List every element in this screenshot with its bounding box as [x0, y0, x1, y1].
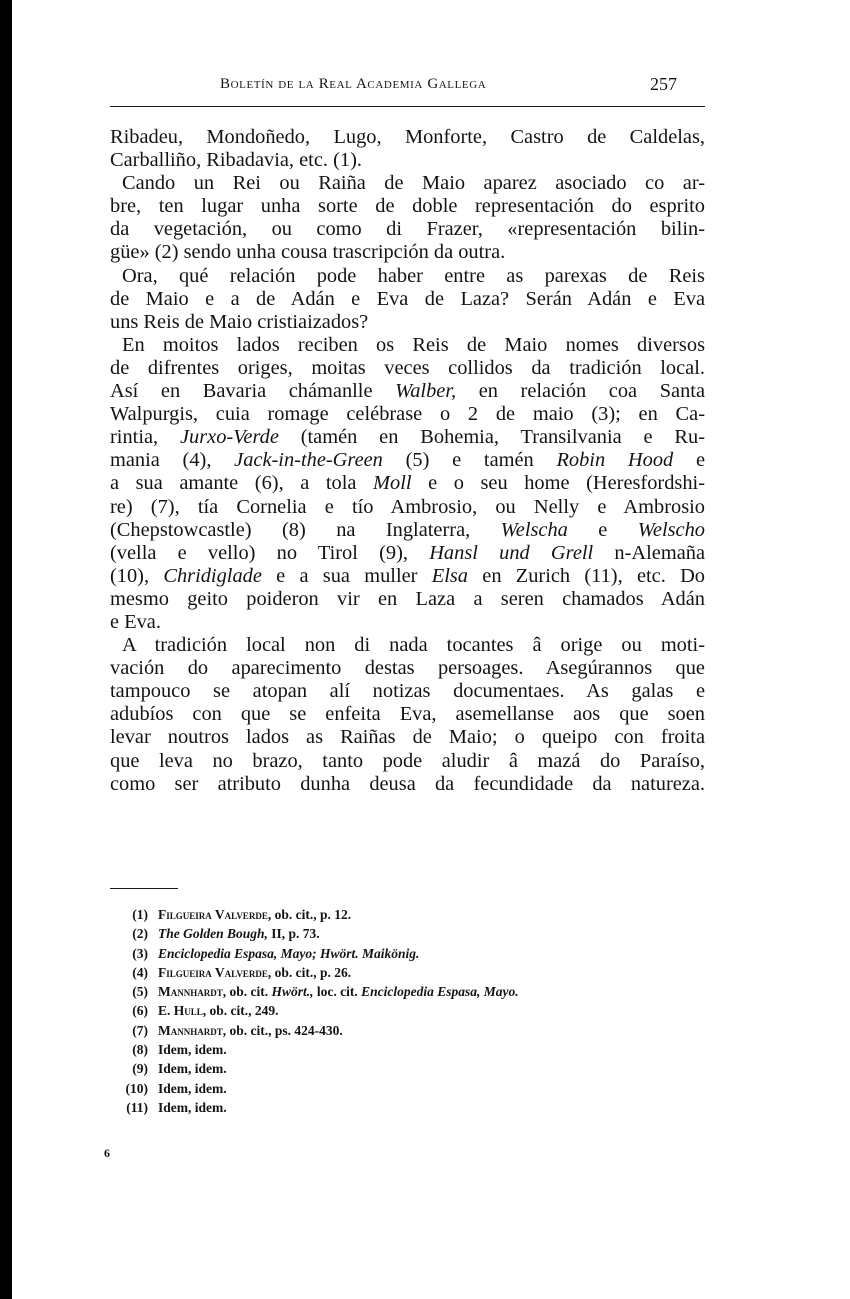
footnote-text: Idem, idem.	[158, 1040, 227, 1059]
text-line: Walpurgis, cuia romage celébrase o 2 de …	[110, 403, 705, 426]
footnote-author: Hull,	[174, 1003, 206, 1018]
scan-dark-edge	[0, 0, 12, 1299]
text-line: En moitos lados reciben os Reis de Maio …	[110, 334, 705, 357]
text-run: (vella e vello) no Tirol (9),	[110, 542, 429, 564]
footnote-author: Mannhardt,	[158, 1023, 226, 1038]
running-head: Boletín de la Real Academia Gallega 257	[110, 76, 705, 100]
footnote-text: The Golden Bough, II, p. 73.	[158, 924, 320, 943]
footnote-title: Hwört.,	[272, 984, 314, 999]
footnote-number: (1)	[110, 905, 158, 924]
page-number: 257	[650, 74, 677, 95]
text-run: en Zurich (11), etc. Do	[468, 565, 705, 587]
footnote-ref: loc. cit.	[314, 984, 362, 999]
text-run: (5) e tamén	[383, 449, 557, 471]
italic-term: Welscho	[638, 519, 705, 541]
footnote-ref: ob. cit., p. 26.	[271, 965, 351, 980]
text-line: uns Reis de Maio cristiaizados?	[110, 311, 705, 334]
text-line: bre, ten lugar unha sorte de doble repre…	[110, 195, 705, 218]
paragraph-4: En moitos lados reciben os Reis de Maio …	[110, 334, 705, 634]
italic-term: Jurxo-Verde	[180, 426, 279, 448]
text-run: e o seu home (Heresfordshi-	[412, 472, 705, 494]
text-line: re) (7), tía Cornelia e tío Ambrosio, ou…	[110, 496, 705, 519]
italic-term: Hansl und Grell	[429, 542, 593, 564]
footnote-ref: ob. cit., p. 12.	[271, 907, 351, 922]
paragraph-5: A tradición local non di nada tocantes â…	[110, 634, 705, 796]
footnote-title: Enciclopedia Espasa, Mayo; Hwört. Maikön…	[158, 946, 419, 961]
header-rule	[110, 106, 705, 107]
footnote-text: E. Hull, ob. cit., 249.	[158, 1001, 279, 1020]
text-line: que leva no brazo, tanto pode aludir â m…	[110, 750, 705, 773]
text-run: en relación coa Santa	[456, 380, 705, 402]
footnote-text: Filgueira Valverde, ob. cit., p. 12.	[158, 905, 351, 924]
footnote-number: (6)	[110, 1001, 158, 1020]
text-line: Carballiño, Ribadavia, etc. (1).	[110, 149, 705, 172]
footnote-text: Enciclopedia Espasa, Mayo; Hwört. Maikön…	[158, 944, 419, 963]
footnote-ref: ob. cit., 249.	[206, 1003, 278, 1018]
running-title: Boletín de la Real Academia Gallega	[220, 76, 486, 93]
text-run: (Chepstowcastle) (8) na Inglaterra,	[110, 519, 501, 541]
text-line: (vella e vello) no Tirol (9), Hansl und …	[110, 542, 705, 565]
text-line: adubíos con que se enfeita Eva, asemella…	[110, 703, 705, 726]
footnote-number: (5)	[110, 982, 158, 1001]
text-run: Así en Bavaria chámanlle	[110, 380, 395, 402]
text-line: güe» (2) sendo unha cousa trascripción d…	[110, 241, 705, 264]
footnote-text: Idem, idem.	[158, 1079, 227, 1098]
text-run: mania (4),	[110, 449, 234, 471]
footnote-separator	[110, 888, 178, 889]
footnote-number: (2)	[110, 924, 158, 943]
text-run: (10),	[110, 565, 163, 587]
italic-term: Chridiglade	[163, 565, 262, 587]
footnote-ref: II, p. 73.	[268, 926, 320, 941]
text-line: de difrentes origes, moitas veces collid…	[110, 357, 705, 380]
footnote-text: Mannhardt, ob. cit., ps. 424-430.	[158, 1021, 343, 1040]
text-line: de Maio e a de Adán e Eva de Laza? Serán…	[110, 288, 705, 311]
footnote-number: (10)	[110, 1079, 158, 1098]
footnote-10: (10) Idem, idem.	[110, 1079, 710, 1098]
text-run: rintia,	[110, 426, 180, 448]
italic-term: Moll	[373, 472, 412, 494]
footnote-number: (9)	[110, 1059, 158, 1078]
text-line: e Eva.	[110, 611, 705, 634]
text-line: vación do aparecimento destas persoages.…	[110, 657, 705, 680]
paragraph-3: Ora, qué relación pode haber entre as pa…	[110, 265, 705, 334]
footnote-1: (1) Filgueira Valverde, ob. cit., p. 12.	[110, 905, 710, 924]
text-line: da vegetación, ou como di Frazer, «repre…	[110, 218, 705, 241]
footnotes: (1) Filgueira Valverde, ob. cit., p. 12.…	[110, 905, 710, 1117]
text-run: e a sua muller	[262, 565, 432, 587]
footnote-6: (6) E. Hull, ob. cit., 249.	[110, 1001, 710, 1020]
footnote-ref: ob. cit., ps. 424-430.	[226, 1023, 343, 1038]
italic-term: Walber,	[395, 380, 456, 402]
text-line: a sua amante (6), a tola Moll e o seu ho…	[110, 472, 705, 495]
footnote-text: Idem, idem.	[158, 1098, 227, 1117]
footnote-author: Filgueira Valverde,	[158, 965, 271, 980]
italic-term: Elsa	[432, 565, 468, 587]
text-line: levar noutros lados as Raiñas de Maio; o…	[110, 726, 705, 749]
italic-term: Robin Hood	[556, 449, 673, 471]
footnote-text: Filgueira Valverde, ob. cit., p. 26.	[158, 963, 351, 982]
text-line: como ser atributo dunha deusa da fecundi…	[110, 773, 705, 796]
footnote-8: (8) Idem, idem.	[110, 1040, 710, 1059]
paragraph-1: Ribadeu, Mondoñedo, Lugo, Monforte, Cast…	[110, 126, 705, 172]
footnote-author-prefix: E.	[158, 1003, 174, 1018]
footnote-text: Idem, idem.	[158, 1059, 227, 1078]
footnote-5: (5) Mannhardt, ob. cit. Hwört., loc. cit…	[110, 982, 710, 1001]
italic-term: Jack-in-the-Green	[234, 449, 383, 471]
footnote-author: Mannhardt,	[158, 984, 226, 999]
footnote-number: (11)	[110, 1098, 158, 1117]
text-line: Así en Bavaria chámanlle Walber, en rela…	[110, 380, 705, 403]
text-run: a sua amante (6), a tola	[110, 472, 373, 494]
footnote-3: (3) Enciclopedia Espasa, Mayo; Hwört. Ma…	[110, 944, 710, 963]
text-line: (10), Chridiglade e a sua muller Elsa en…	[110, 565, 705, 588]
text-run: (tamén en Bohemia, Transilvania e Ru-	[279, 426, 705, 448]
footnote-number: (8)	[110, 1040, 158, 1059]
footnote-11: (11) Idem, idem.	[110, 1098, 710, 1117]
text-run: e	[673, 449, 705, 471]
text-line: mesmo geito poideron vir en Laza a seren…	[110, 588, 705, 611]
footnote-2: (2) The Golden Bough, II, p. 73.	[110, 924, 710, 943]
footnote-4: (4) Filgueira Valverde, ob. cit., p. 26.	[110, 963, 710, 982]
footnote-number: (4)	[110, 963, 158, 982]
text-line: (Chepstowcastle) (8) na Inglaterra, Wels…	[110, 519, 705, 542]
italic-term: Welscha	[501, 519, 568, 541]
text-run: e	[568, 519, 638, 541]
footnote-number: (3)	[110, 944, 158, 963]
footnote-7: (7) Mannhardt, ob. cit., ps. 424-430.	[110, 1021, 710, 1040]
text-line: A tradición local non di nada tocantes â…	[110, 634, 705, 657]
text-run: n-Alemaña	[593, 542, 705, 564]
text-line: rintia, Jurxo-Verde (tamén en Bohemia, T…	[110, 426, 705, 449]
signature-mark: 6	[104, 1146, 110, 1161]
text-line: mania (4), Jack-in-the-Green (5) e tamén…	[110, 449, 705, 472]
footnote-title: Enciclopedia Espasa, Mayo.	[361, 984, 519, 999]
text-line: Cando un Rei ou Raiña de Maio aparez aso…	[110, 172, 705, 195]
footnote-author: Filgueira Valverde,	[158, 907, 271, 922]
footnote-title: The Golden Bough,	[158, 926, 268, 941]
footnote-ref: ob. cit.	[226, 984, 271, 999]
text-line: Ora, qué relación pode haber entre as pa…	[110, 265, 705, 288]
text-line: tampouco se atopan alí notizas documenta…	[110, 680, 705, 703]
footnote-number: (7)	[110, 1021, 158, 1040]
text-line: Ribadeu, Mondoñedo, Lugo, Monforte, Cast…	[110, 126, 705, 149]
footnote-text: Mannhardt, ob. cit. Hwört., loc. cit. En…	[158, 982, 519, 1001]
paragraph-2: Cando un Rei ou Raiña de Maio aparez aso…	[110, 172, 705, 264]
body-text: Ribadeu, Mondoñedo, Lugo, Monforte, Cast…	[110, 126, 705, 796]
footnote-9: (9) Idem, idem.	[110, 1059, 710, 1078]
